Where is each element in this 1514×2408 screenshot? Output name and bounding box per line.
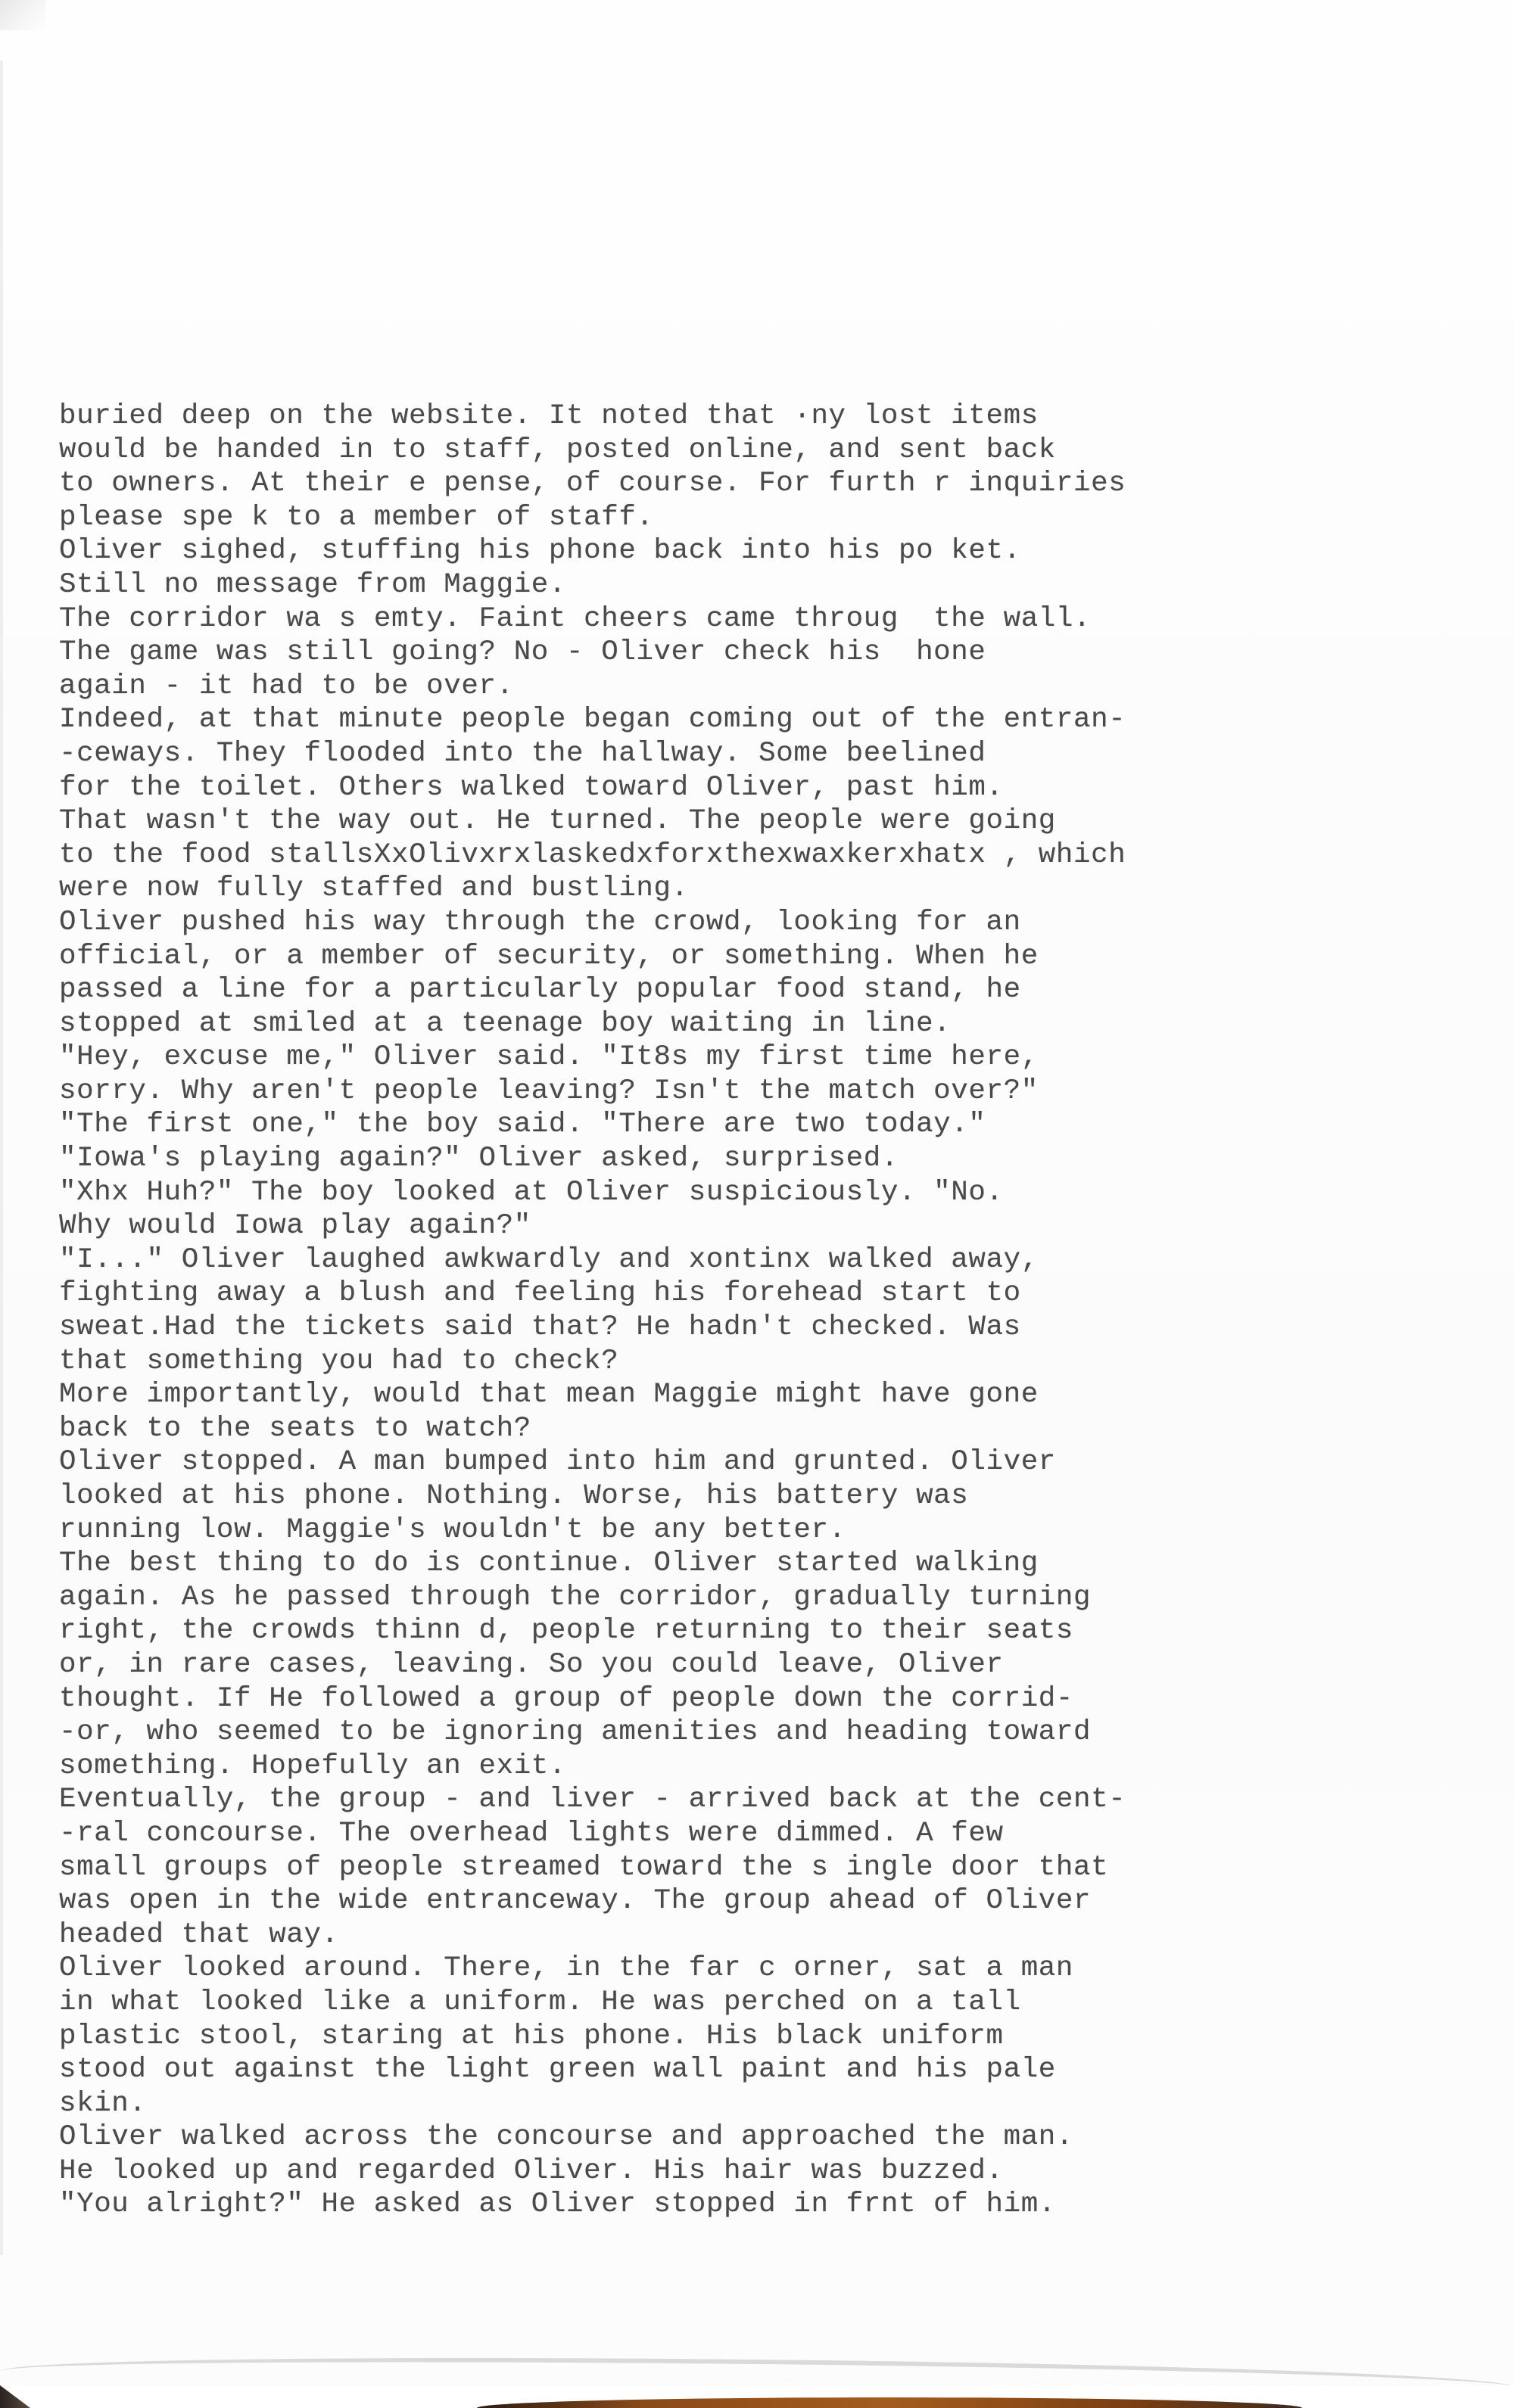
text-line: thought. If He followed a group of peopl… xyxy=(59,1682,1301,1716)
text-line: to owners. At their e pense, of course. … xyxy=(59,467,1301,501)
text-line: small groups of people streamed toward t… xyxy=(59,1851,1301,1885)
text-line: or, in rare cases, leaving. So you could… xyxy=(59,1648,1301,1682)
text-line: That wasn't the way out. He turned. The … xyxy=(59,804,1301,838)
text-line: Eventually, the group - and liver - arri… xyxy=(59,1783,1301,1817)
text-line: sorry. Why aren't people leaving? Isn't … xyxy=(59,1075,1301,1109)
text-line: headed that way. xyxy=(59,1918,1301,1952)
text-line: The corridor wa s emty. Faint cheers cam… xyxy=(59,602,1301,636)
text-line: passed a line for a particularly popular… xyxy=(59,973,1301,1007)
text-line: plastic stool, staring at his phone. His… xyxy=(59,2020,1301,2054)
text-line: He looked up and regarded Oliver. His ha… xyxy=(59,2154,1301,2189)
text-line: stood out against the light green wall p… xyxy=(59,2053,1301,2087)
text-line: Still no message from Maggie. xyxy=(59,568,1301,602)
text-line: "I..." Oliver laughed awkwardly and xont… xyxy=(59,1243,1301,1277)
text-line: to the food stallsXxOlivxrxlaskedxforxth… xyxy=(59,838,1301,873)
text-line: in what looked like a uniform. He was pe… xyxy=(59,1986,1301,2020)
text-line: -ral concourse. The overhead lights were… xyxy=(59,1817,1301,1851)
text-line: -or, who seemed to be ignoring amenities… xyxy=(59,1716,1301,1750)
text-line: buried deep on the website. It noted tha… xyxy=(59,400,1301,434)
text-line: for the toilet. Others walked toward Oli… xyxy=(59,771,1301,805)
text-line: Oliver walked across the concourse and a… xyxy=(59,2120,1301,2154)
text-line: "You alright?" He asked as Oliver stoppe… xyxy=(59,2188,1301,2222)
text-line: that something you had to check? xyxy=(59,1345,1301,1379)
text-line: Oliver pushed his way through the crowd,… xyxy=(59,906,1301,940)
text-line: please spe k to a member of staff. xyxy=(59,501,1301,535)
text-line: stopped at smiled at a teenage boy waiti… xyxy=(59,1007,1301,1041)
text-line: looked at his phone. Nothing. Worse, his… xyxy=(59,1479,1301,1514)
text-line: "Hey, excuse me," Oliver said. "It8s my … xyxy=(59,1041,1301,1075)
paper-corner-shadow xyxy=(0,0,45,30)
text-line: Oliver sighed, stuffing his phone back i… xyxy=(59,534,1301,568)
text-line: skin. xyxy=(59,2087,1301,2121)
text-line: were now fully staffed and bustling. xyxy=(59,872,1301,906)
text-line: "The first one," the boy said. "There ar… xyxy=(59,1108,1301,1142)
text-line: Why would Iowa play again?" xyxy=(59,1209,1301,1243)
text-line: fighting away a blush and feeling his fo… xyxy=(59,1277,1301,1311)
text-line: The best thing to do is continue. Oliver… xyxy=(59,1547,1301,1581)
text-line: would be handed in to staff, posted onli… xyxy=(59,434,1301,468)
text-line: The game was still going? No - Oliver ch… xyxy=(59,636,1301,670)
text-line: official, or a member of security, or so… xyxy=(59,940,1301,974)
text-line: More importantly, would that mean Maggie… xyxy=(59,1378,1301,1412)
text-line: "Xhx Huh?" The boy looked at Oliver susp… xyxy=(59,1176,1301,1210)
text-line: something. Hopefully an exit. xyxy=(59,1750,1301,1784)
text-line: "Iowa's playing again?" Oliver asked, su… xyxy=(59,1142,1301,1176)
text-line: again - it had to be over. xyxy=(59,670,1301,704)
text-line: running low. Maggie's wouldn't be any be… xyxy=(59,1514,1301,1548)
text-line: Oliver stopped. A man bumped into him an… xyxy=(59,1445,1301,1479)
page-bottom-curl xyxy=(0,2352,1514,2388)
text-line: right, the crowds thinn d, people return… xyxy=(59,1614,1301,1648)
text-line: sweat.Had the tickets said that? He hadn… xyxy=(59,1311,1301,1345)
paper-left-edge xyxy=(0,61,3,2255)
text-line: back to the seats to watch? xyxy=(59,1412,1301,1446)
text-line: Indeed, at that minute people began comi… xyxy=(59,703,1301,737)
text-line: was open in the wide entranceway. The gr… xyxy=(59,1884,1301,1918)
paper-page: buried deep on the website. It noted tha… xyxy=(0,0,1514,2408)
text-line: -ceways. They flooded into the hallway. … xyxy=(59,737,1301,771)
text-line: Oliver looked around. There, in the far … xyxy=(59,1952,1301,1986)
text-line: again. As he passed through the corridor… xyxy=(59,1581,1301,1615)
typewritten-text-block: buried deep on the website. It noted tha… xyxy=(59,400,1301,2222)
